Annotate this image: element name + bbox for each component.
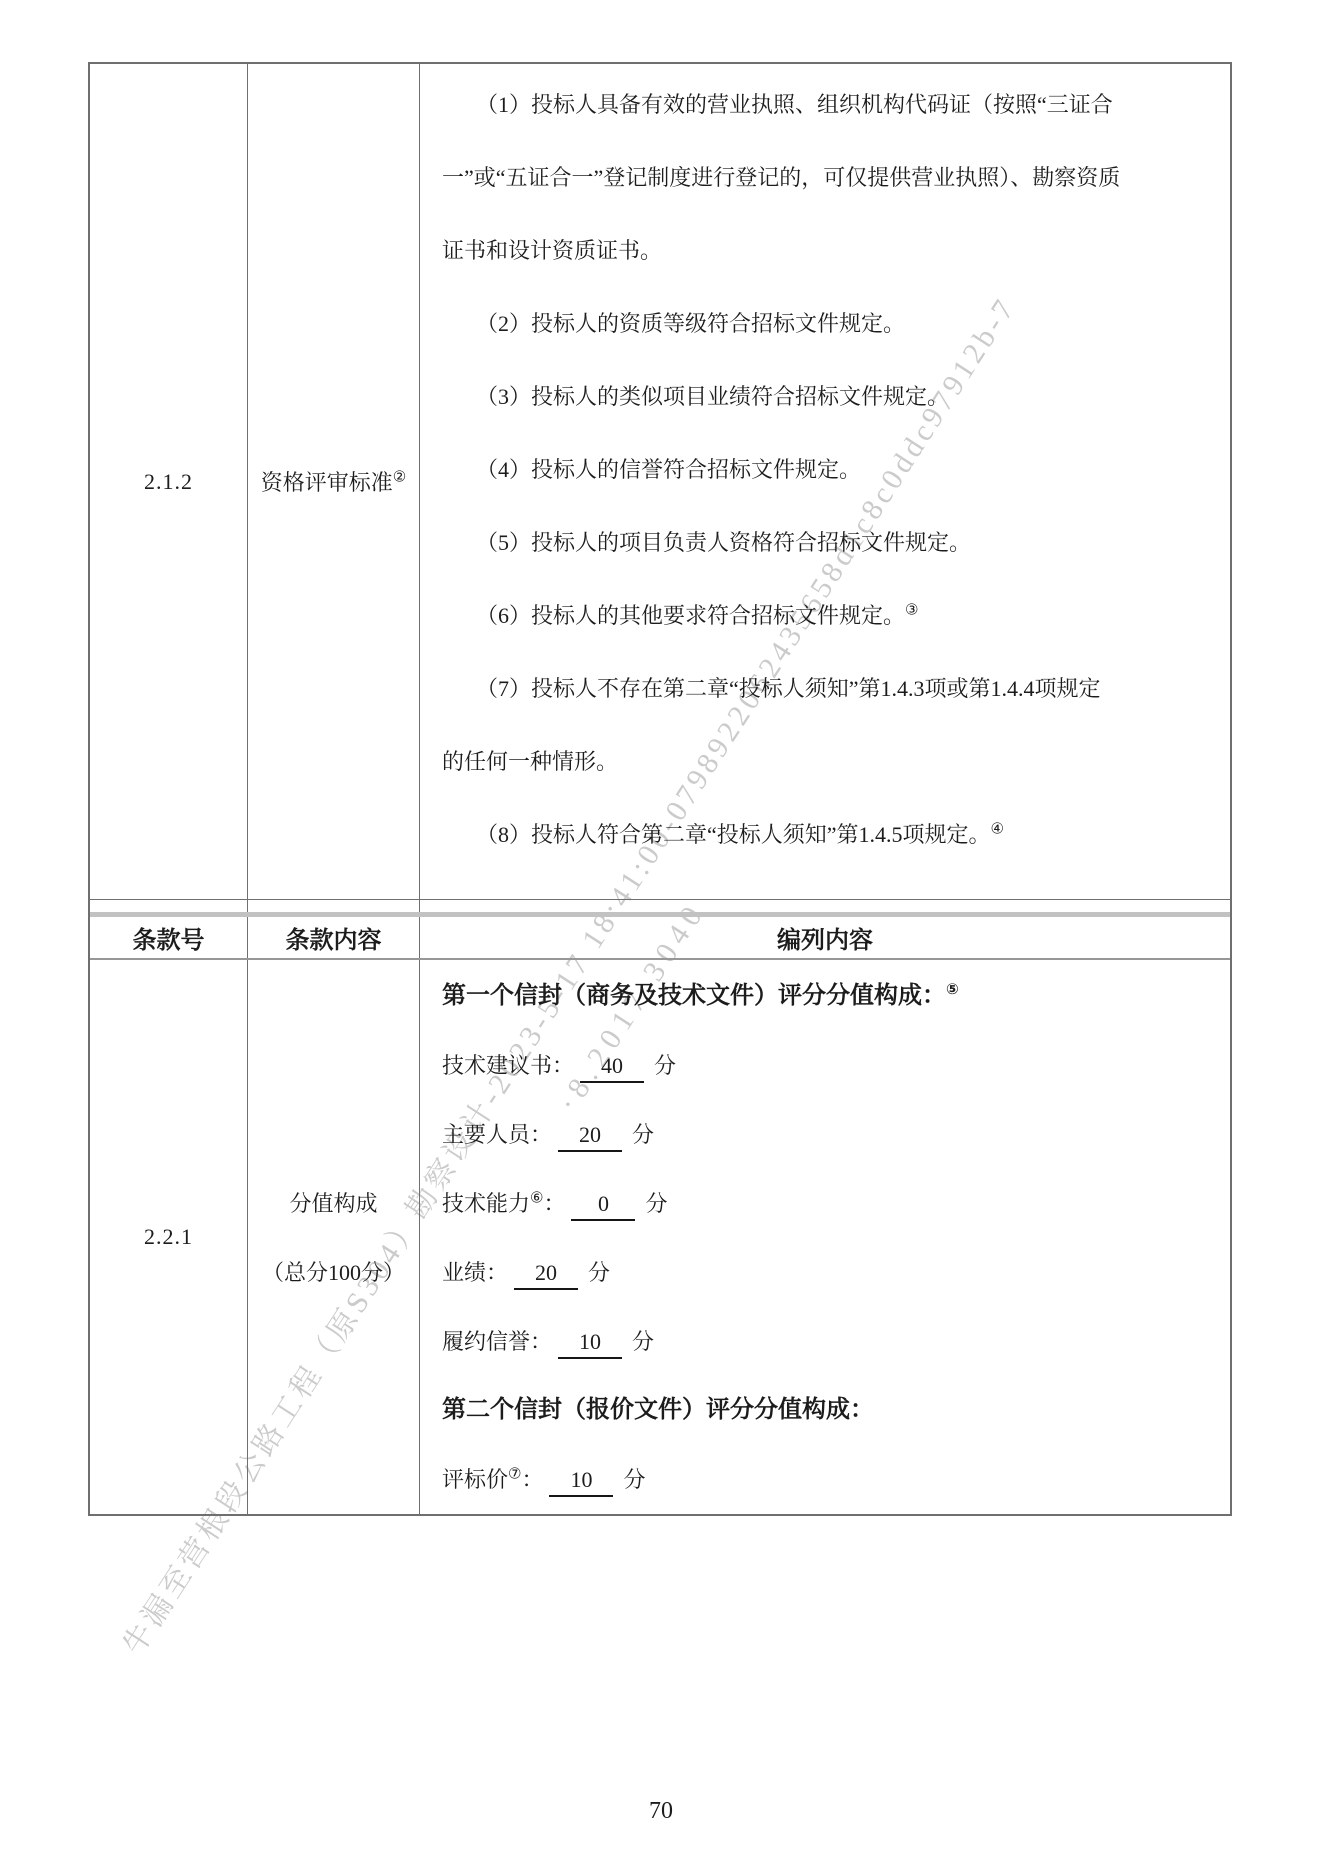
- qualification-item: 一”或“五证合一”登记制度进行登记的，可仅提供营业执照）、勘察资质: [442, 141, 1212, 214]
- score-value: 20: [558, 1120, 622, 1152]
- clause-title-cell: 资格评审标准②: [248, 64, 420, 899]
- footnote-ref-4: ④: [991, 822, 1004, 838]
- score-unit: 分: [632, 1329, 654, 1354]
- score-unit: 分: [645, 1191, 667, 1216]
- qualification-item: （3）投标人的类似项目业绩符合招标文件规定。: [442, 360, 1212, 433]
- column-header-compiled-content: 编列内容: [420, 917, 1230, 958]
- clause-title-line1: 分值构成: [289, 1187, 377, 1218]
- score-composition-content: 第一个信封（商务及技术文件）评分分值构成：⑤ 技术建议书：40分 主要人员：20…: [420, 960, 1230, 1514]
- score-value: 10: [549, 1465, 613, 1497]
- colon: ：: [552, 1053, 574, 1078]
- table-row-score-composition: 2.2.1 分值构成 （总分100分） 第一个信封（商务及技术文件）评分分值构成…: [90, 960, 1230, 1514]
- qualification-item: （6）投标人的其他要求符合招标文件规定。③: [442, 579, 1212, 652]
- score-unit: 分: [588, 1260, 610, 1285]
- score-line-technical-ability: 技术能力⑥：0分: [442, 1169, 1214, 1238]
- item-text: 一”或“五证合一”登记制度进行登记的，可仅提供营业执照）、勘察资质: [442, 165, 1120, 190]
- score-label: 技术能力: [442, 1191, 530, 1216]
- page-number: 70: [0, 1798, 1322, 1825]
- clause-no-cell: 2.2.1: [90, 960, 248, 1514]
- gap-cell: [248, 900, 420, 912]
- clause-title-line2: （总分100分）: [262, 1256, 405, 1287]
- score-line-technical-proposal: 技术建议书：40分: [442, 1031, 1214, 1100]
- table-row-qualification: 2.1.2 资格评审标准② （1）投标人具备有效的营业执照、组织机构代码证（按照…: [90, 64, 1230, 900]
- colon: ：: [521, 1467, 543, 1492]
- score-unit: 分: [654, 1053, 676, 1078]
- clause-no: 2.1.2: [144, 469, 193, 495]
- score-line-key-personnel: 主要人员：20分: [442, 1100, 1214, 1169]
- column-header-clause-content: 条款内容: [248, 917, 420, 958]
- item-text: （5）投标人的项目负责人资格符合招标文件规定。: [476, 530, 971, 555]
- score-line-performance: 业绩：20分: [442, 1238, 1214, 1307]
- footnote-ref-5: ⑤: [946, 982, 959, 998]
- score-value: 10: [558, 1327, 622, 1359]
- score-label: 评标价: [442, 1467, 508, 1492]
- clause-title-cell: 分值构成 （总分100分）: [248, 960, 420, 1514]
- item-text: 的任何一种情形。: [442, 749, 618, 774]
- clause-no: 2.2.1: [144, 1224, 193, 1250]
- document-page: { "page": { "number": "70" }, "punct": {…: [0, 0, 1322, 1871]
- item-text: （6）投标人的其他要求符合招标文件规定。: [476, 603, 905, 628]
- colon: ：: [530, 1122, 552, 1147]
- item-text: （8）投标人符合第二章“投标人须知”第1.4.5项规定。: [476, 822, 991, 847]
- item-text: （1）投标人具备有效的营业执照、组织机构代码证（按照“三证合: [476, 92, 1113, 117]
- envelope2-heading: 第二个信封（报价文件）评分分值构成：: [442, 1376, 1214, 1445]
- score-unit: 分: [623, 1467, 645, 1492]
- score-value: 20: [514, 1258, 578, 1290]
- score-line-credit: 履约信誉：10分: [442, 1307, 1214, 1376]
- qualification-item: 证书和设计资质证书。: [442, 214, 1212, 287]
- qualification-item: （5）投标人的项目负责人资格符合招标文件规定。: [442, 506, 1212, 579]
- clause-no-cell: 2.1.2: [90, 64, 248, 899]
- gap-cell: [90, 900, 248, 912]
- table-section-gap: [90, 900, 1230, 912]
- colon: ：: [486, 1260, 508, 1285]
- score-line-evaluated-price: 评标价⑦：10分: [442, 1445, 1214, 1514]
- qualification-item: （8）投标人符合第二章“投标人须知”第1.4.5项规定。④: [442, 798, 1212, 871]
- footnote-ref-2: ②: [393, 470, 406, 486]
- score-label: 技术建议书: [442, 1053, 552, 1078]
- qualification-item: （4）投标人的信誉符合招标文件规定。: [442, 433, 1212, 506]
- envelope1-heading: 第一个信封（商务及技术文件）评分分值构成：⑤: [442, 962, 1214, 1031]
- footnote-ref-3: ③: [905, 603, 918, 619]
- score-label: 主要人员: [442, 1122, 530, 1147]
- score-label: 业绩: [442, 1260, 486, 1285]
- colon: ：: [543, 1191, 565, 1216]
- column-header-clause-no: 条款号: [90, 917, 248, 958]
- item-text: （3）投标人的类似项目业绩符合招标文件规定。: [476, 384, 949, 409]
- score-unit: 分: [632, 1122, 654, 1147]
- score-value: 40: [580, 1051, 644, 1083]
- qualification-items: （1）投标人具备有效的营业执照、组织机构代码证（按照“三证合 一”或“五证合一”…: [420, 64, 1230, 899]
- clause-table: 2.1.2 资格评审标准② （1）投标人具备有效的营业执照、组织机构代码证（按照…: [88, 62, 1232, 1516]
- item-text: 证书和设计资质证书。: [442, 238, 662, 263]
- footnote-ref-7: ⑦: [508, 1467, 521, 1483]
- qualification-item: （1）投标人具备有效的营业执照、组织机构代码证（按照“三证合: [442, 68, 1212, 141]
- qualification-item: （7）投标人不存在第二章“投标人须知”第1.4.3项或第1.4.4项规定: [442, 652, 1212, 725]
- colon: ：: [530, 1329, 552, 1354]
- item-text: （2）投标人的资质等级符合招标文件规定。: [476, 311, 905, 336]
- clause-title-text: 资格评审标准: [261, 470, 393, 495]
- item-text: （4）投标人的信誉符合招标文件规定。: [476, 457, 861, 482]
- qualification-item: （2）投标人的资质等级符合招标文件规定。: [442, 287, 1212, 360]
- score-value: 0: [571, 1189, 635, 1221]
- item-text: （7）投标人不存在第二章“投标人须知”第1.4.3项或第1.4.4项规定: [476, 676, 1101, 701]
- heading-text: 第一个信封（商务及技术文件）评分分值构成：: [442, 983, 946, 1009]
- table-header-row: 条款号 条款内容 编列内容: [90, 912, 1230, 960]
- score-label: 履约信誉: [442, 1329, 530, 1354]
- clause-title: 资格评审标准②: [261, 466, 406, 497]
- qualification-item: 的任何一种情形。: [442, 725, 1212, 798]
- heading-text: 第二个信封（报价文件）评分分值构成：: [442, 1397, 874, 1423]
- footnote-ref-6: ⑥: [530, 1191, 543, 1207]
- gap-cell: [420, 900, 1230, 912]
